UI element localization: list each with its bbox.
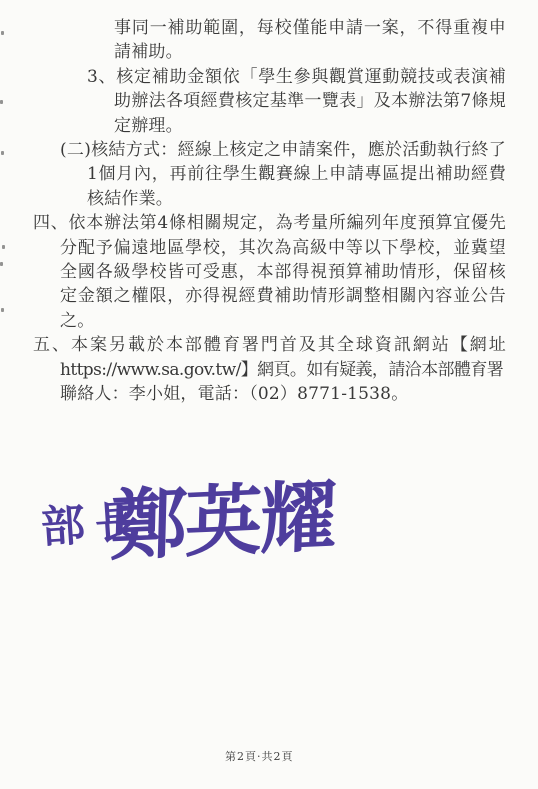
text-line: 定金額之權限，亦得視經費補助情形調整相關內容並公告 bbox=[60, 284, 506, 308]
text-line: 事同一補助範圍，每校僅能申請一案，不得重複申 bbox=[114, 16, 506, 40]
scan-artifact bbox=[0, 100, 3, 104]
text-line: 之。 bbox=[60, 309, 538, 333]
scan-artifact bbox=[2, 245, 5, 249]
text-line: 請補助。 bbox=[114, 40, 538, 64]
text-line: 全國各級學校皆可受惠，本部得視預算補助情形，保留核 bbox=[60, 260, 506, 284]
page-footer: 第2頁·共2頁 bbox=[225, 748, 294, 764]
text-line: 五、本案另載於本部體育署門首及其全球資訊網站【網址 bbox=[33, 333, 506, 357]
scan-artifact bbox=[0, 262, 3, 266]
scan-artifact bbox=[1, 308, 4, 312]
scan-artifact bbox=[1, 151, 4, 155]
text-line: 3、核定補助金額依「學生參與觀賞運動競技或表演補 bbox=[87, 65, 506, 89]
scan-artifact bbox=[1, 31, 4, 35]
text-line: 助辦法各項經費核定基準一覽表」及本辦法第7條規 bbox=[114, 89, 506, 113]
text-line: 核結作業。 bbox=[87, 187, 538, 211]
signature-name: 鄭英耀 bbox=[109, 479, 336, 566]
text-line: 分配予偏遠地區學校，其次為高級中等以下學校，並冀望 bbox=[60, 236, 506, 260]
document-body: 事同一補助範圍，每校僅能申請一案，不得重複申請補助。3、核定補助金額依「學生參與… bbox=[0, 16, 538, 407]
text-line: 四、依本辦法第4條相關規定，為考量所編列年度預算宜優先 bbox=[33, 211, 506, 235]
text-line: 定辦理。 bbox=[114, 114, 538, 138]
text-line: (二)核結方式：經線上核定之申請案件，應於活動執行終了 bbox=[60, 138, 506, 162]
text-line: 1個月內，再前往學生觀賽線上申請專區提出補助經費 bbox=[87, 162, 506, 186]
document-page: 事同一補助範圍，每校僅能申請一案，不得重複申請補助。3、核定補助金額依「學生參與… bbox=[0, 0, 538, 789]
text-line: 聯絡人：李小姐，電話：（02）8771-1538。 bbox=[60, 382, 538, 406]
text-line: https://www.sa.gov.tw/】網頁。如有疑義，請洽本部體育署 bbox=[60, 358, 538, 382]
